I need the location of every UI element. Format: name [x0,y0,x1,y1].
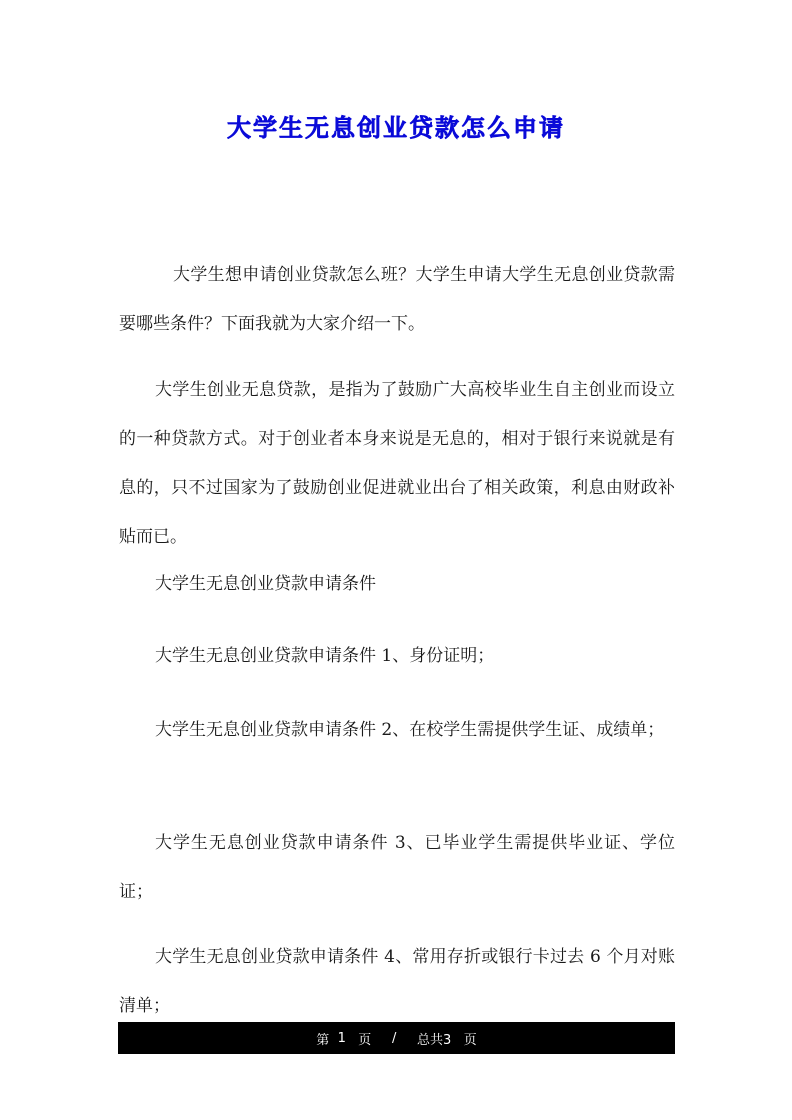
condition-text: 大学生无息创业贷款申请条件 4、常用存折或银行卡过去 6 个月对账清单； [119,933,675,1031]
section-heading-conditions: 大学生无息创业贷款申请条件 [119,560,675,609]
condition-item-1: 大学生无息创业贷款申请条件 1、身份证明； [119,632,675,681]
spacer [371,1031,392,1046]
paragraph-text: 大学生创业无息贷款，是指为了鼓励广大高校毕业生自主创业而设立的一种贷款方式。对于… [119,366,675,562]
page-total-suffix: 页 [464,1029,477,1048]
paragraph-text: 大学生想申请创业贷款怎么班？大学生申请大学生无息创业贷款需要哪些条件？下面我就为… [119,251,675,349]
condition-item-2: 大学生无息创业贷款申请条件 2、在校学生需提供学生证、成绩单； [119,706,675,755]
spacer [451,1031,463,1046]
page-total: 总共3 [417,1029,451,1048]
spacer [346,1031,358,1046]
paragraph-intro: 大学生想申请创业贷款怎么班？大学生申请大学生无息创业贷款需要哪些条件？下面我就为… [119,251,675,349]
condition-item-3: 大学生无息创业贷款申请条件 3、已毕业学生需提供毕业证、学位证； [119,819,675,917]
page-current-number: 1 [338,1031,346,1046]
condition-text: 大学生无息创业贷款申请条件 1、身份证明； [119,632,675,681]
page-prefix: 第 [316,1029,329,1048]
document-title: 大学生无息创业贷款怎么申请 [0,110,792,146]
spacer [329,1031,337,1046]
page-footer-bar: 第 1 页 / 总共3 页 [118,1022,675,1054]
condition-text: 大学生无息创业贷款申请条件 2、在校学生需提供学生证、成绩单； [119,706,675,755]
page-suffix: 页 [358,1029,371,1048]
paragraph-definition: 大学生创业无息贷款，是指为了鼓励广大高校毕业生自主创业而设立的一种贷款方式。对于… [119,366,675,562]
spacer [396,1031,417,1046]
condition-text: 大学生无息创业贷款申请条件 3、已毕业学生需提供毕业证、学位证； [119,819,675,917]
section-heading-text: 大学生无息创业贷款申请条件 [119,560,675,609]
document-page: 大学生无息创业贷款怎么申请 大学生想申请创业贷款怎么班？大学生申请大学生无息创业… [0,0,792,1120]
condition-item-4: 大学生无息创业贷款申请条件 4、常用存折或银行卡过去 6 个月对账清单； [119,933,675,1031]
